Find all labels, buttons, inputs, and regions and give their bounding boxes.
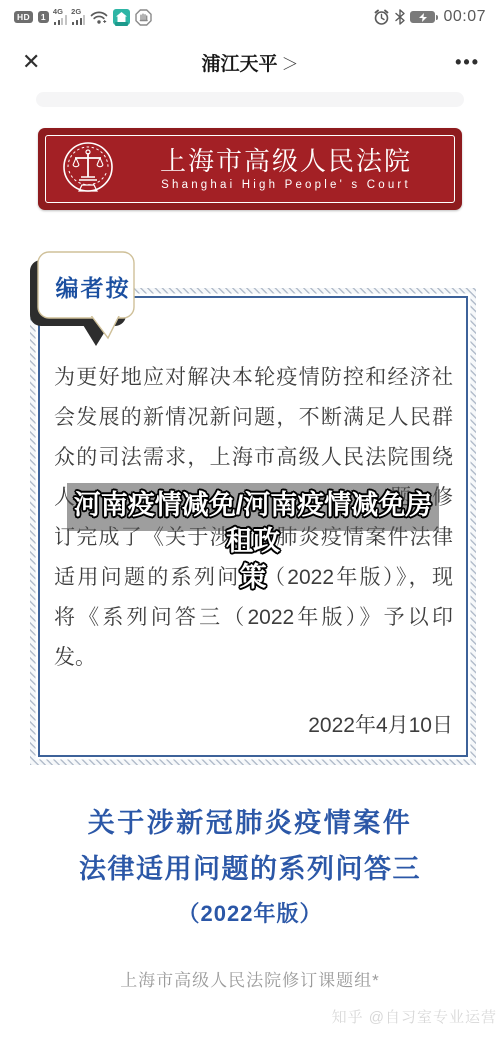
- nav-bar: ✕ 浦江天平＞ •••: [0, 34, 500, 90]
- chevron-right-icon: ＞: [282, 55, 299, 74]
- notice-line: 众的司法需求，上海市高级人民法院围绕: [54, 438, 453, 478]
- clock-time: 00:07: [443, 8, 486, 26]
- notice-date: 2022年4月10日: [54, 706, 453, 746]
- signal-4g-icon: 4G: [54, 9, 67, 25]
- signal-2g-icon: 2G: [72, 9, 85, 25]
- search-term-overlay: 河南疫情减免/河南疫情减免房租政 策: [67, 483, 439, 595]
- more-menu-icon[interactable]: •••: [455, 52, 480, 73]
- wifi-icon: [90, 10, 108, 25]
- document-title: 关于涉新冠肺炎疫情案件 法律适用问题的系列问答三 （2022年版）: [0, 800, 500, 936]
- notice-line: 为更好地应对解决本轮疫情防控和经济社: [54, 358, 453, 398]
- notice-line: 发。: [54, 638, 453, 678]
- notice-line: 将《系列问答三（2022年版）》予以印: [54, 598, 453, 638]
- page-title[interactable]: 浦江天平＞: [0, 49, 500, 76]
- sim1-icon: 1: [38, 11, 49, 23]
- scrolled-card-edge: [36, 92, 464, 107]
- document-title-edition: （2022年版）: [0, 892, 500, 936]
- court-emblem-icon: [60, 141, 116, 197]
- close-icon[interactable]: ✕: [22, 51, 40, 73]
- hd-icon: HD: [14, 11, 33, 23]
- document-title-line1: 关于涉新冠肺炎疫情案件: [0, 800, 500, 846]
- document-title-line2: 法律适用问题的系列问答三: [0, 846, 500, 892]
- author-line: 上海市高级人民法院修订课题组*: [0, 966, 500, 991]
- battery-charging-icon: [410, 11, 438, 23]
- palm-blocker-icon: [135, 9, 152, 26]
- court-banner: 上海市高级人民法院 Shanghai High People' s Court: [38, 128, 462, 210]
- green-house-icon: [113, 9, 130, 25]
- overlay-text: 河南疫情减免/河南疫情减免房租政 策: [67, 483, 439, 595]
- editor-note-label: 编者按: [50, 270, 136, 303]
- banner-title: 上海市高级人民法院: [130, 147, 442, 177]
- status-bar: HD 1 4G 2G: [0, 0, 500, 34]
- notice-line: 会发展的新情况新问题，不断满足人民群: [54, 398, 453, 438]
- alarm-icon: [373, 9, 390, 26]
- banner-subtitle: Shanghai High People' s Court: [130, 179, 442, 191]
- editor-note-bubble: 编者按: [28, 248, 146, 348]
- bluetooth-icon: [395, 9, 405, 25]
- watermark: 知乎 @自习室专业运营: [332, 1006, 497, 1027]
